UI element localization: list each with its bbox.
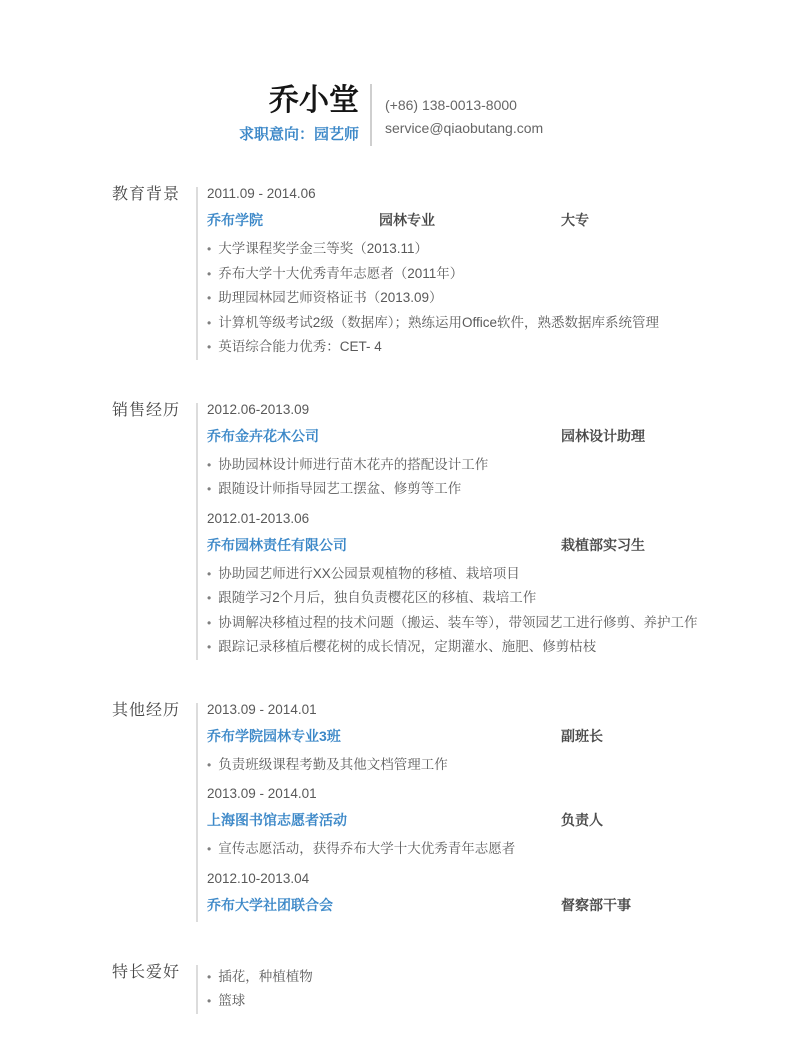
organization-name: 乔布大学社团联合会: [207, 898, 561, 913]
header-name-block: 乔小堂 求职意向：园艺师: [230, 84, 372, 146]
entry-dates: 2013.09 - 2014.01: [207, 787, 724, 801]
school-name: 乔布学院: [207, 213, 379, 228]
section-other-experience: 其他经历 2013.09 - 2014.01 乔布学院园林专业3班 副班长 负责…: [112, 703, 724, 922]
bullet-item: 跟随学习2个月后，独自负责樱花区的移植、栽培工作: [207, 586, 724, 611]
hobby-entry: 插花，种植植物 篮球: [207, 965, 724, 1014]
bullet-item: 计算机等级考试2级（数据库）；熟练运用Office软件，熟悉数据库系统管理: [207, 311, 724, 336]
section-body: 2011.09 - 2014.06 乔布学院 园林专业 大专 大学课程奖学金三等…: [196, 187, 724, 360]
section-education: 教育背景 2011.09 - 2014.06 乔布学院 园林专业 大专 大学课程…: [112, 187, 724, 360]
org-row: 乔布园林责任有限公司 栽植部实习生: [207, 538, 724, 553]
position-title: 负责人: [561, 813, 603, 828]
bullet-item: 协调解决移植过程的技术问题（搬运、装车等），带领园艺工进行修剪、养护工作: [207, 611, 724, 636]
company-name: 乔布金卉花木公司: [207, 429, 561, 444]
objective-value: 园艺师: [314, 126, 359, 143]
bullet-item: 跟随设计师指导园艺工摆盆、修剪等工作: [207, 477, 724, 502]
bullet-list: 协助园林设计师进行苗木花卉的搭配设计工作 跟随设计师指导园艺工摆盆、修剪等工作: [207, 453, 724, 502]
section-title: 教育背景: [112, 186, 196, 360]
experience-entry: 2013.09 - 2014.01 乔布学院园林专业3班 副班长 负责班级课程考…: [207, 703, 724, 778]
bullet-item: 插花，种植植物: [207, 965, 724, 990]
position-title: 督察部干事: [561, 898, 631, 913]
bullet-item: 负责班级课程考勤及其他文档管理工作: [207, 753, 724, 778]
header-contact-block: (+86) 138-0013-8000 service@qiaobutang.c…: [372, 84, 543, 146]
bullet-item: 大学课程奖学金三等奖（2013.11）: [207, 237, 724, 262]
bullet-item: 跟踪记录移植后樱花树的成长情况，定期灌水、施肥、修剪枯枝: [207, 635, 724, 660]
section-title: 特长爱好: [112, 964, 196, 1014]
bullet-item: 乔布大学十大优秀青年志愿者（2011年）: [207, 262, 724, 287]
position-title: 副班长: [561, 729, 603, 744]
experience-entry: 2012.10-2013.04 乔布大学社团联合会 督察部干事: [207, 872, 724, 913]
entry-dates: 2012.10-2013.04: [207, 872, 724, 886]
bullet-list: 大学课程奖学金三等奖（2013.11） 乔布大学十大优秀青年志愿者（2011年）…: [207, 237, 724, 360]
bullet-list: 负责班级课程考勤及其他文档管理工作: [207, 753, 724, 778]
organization-name: 乔布学院园林专业3班: [207, 729, 561, 744]
major-name: 园林专业: [379, 213, 561, 228]
section-sales-experience: 销售经历 2012.06-2013.09 乔布金卉花木公司 园林设计助理 协助园…: [112, 403, 724, 660]
section-body: 插花，种植植物 篮球: [196, 965, 724, 1014]
education-entry: 2011.09 - 2014.06 乔布学院 园林专业 大专 大学课程奖学金三等…: [207, 187, 724, 360]
org-row: 乔布学院园林专业3班 副班长: [207, 729, 724, 744]
job-objective: 求职意向：园艺师: [230, 124, 359, 146]
bullet-list: 插花，种植植物 篮球: [207, 965, 724, 1014]
section-title: 其他经历: [112, 702, 196, 922]
section-specialties-hobbies: 特长爱好 插花，种植植物 篮球: [112, 965, 724, 1014]
bullet-item: 英语综合能力优秀：CET- 4: [207, 335, 724, 360]
resume-page: 乔小堂 求职意向：园艺师 (+86) 138-0013-8000 service…: [0, 0, 794, 1062]
organization-name: 上海图书馆志愿者活动: [207, 813, 561, 828]
bullet-item: 篮球: [207, 989, 724, 1014]
experience-entry: 2012.01-2013.06 乔布园林责任有限公司 栽植部实习生 协助园艺师进…: [207, 512, 724, 660]
org-row: 乔布大学社团联合会 督察部干事: [207, 898, 724, 913]
email-address: service@qiaobutang.com: [385, 117, 543, 140]
entry-dates: 2013.09 - 2014.01: [207, 703, 724, 717]
entry-dates: 2012.06-2013.09: [207, 403, 724, 417]
bullet-item: 协助园林设计师进行苗木花卉的搭配设计工作: [207, 453, 724, 478]
job-title: 栽植部实习生: [561, 538, 645, 553]
section-body: 2013.09 - 2014.01 乔布学院园林专业3班 副班长 负责班级课程考…: [196, 703, 724, 922]
bullet-item: 助理园林园艺师资格证书（2013.09）: [207, 286, 724, 311]
company-name: 乔布园林责任有限公司: [207, 538, 561, 553]
experience-entry: 2012.06-2013.09 乔布金卉花木公司 园林设计助理 协助园林设计师进…: [207, 403, 724, 502]
bullet-list: 宣传志愿活动，获得乔布大学十大优秀青年志愿者: [207, 837, 724, 862]
degree-level: 大专: [561, 213, 589, 228]
entry-dates: 2012.01-2013.06: [207, 512, 724, 526]
org-row: 乔布学院 园林专业 大专: [207, 213, 724, 228]
bullet-item: 协助园艺师进行XX公园景观植物的移植、栽培项目: [207, 562, 724, 587]
objective-label: 求职意向：: [239, 126, 314, 143]
entry-dates: 2011.09 - 2014.06: [207, 187, 724, 201]
org-row: 乔布金卉花木公司 园林设计助理: [207, 429, 724, 444]
bullet-item: 宣传志愿活动，获得乔布大学十大优秀青年志愿者: [207, 837, 724, 862]
candidate-name: 乔小堂: [230, 84, 359, 118]
phone-number: (+86) 138-0013-8000: [385, 94, 543, 117]
resume-header: 乔小堂 求职意向：园艺师 (+86) 138-0013-8000 service…: [230, 84, 724, 146]
job-title: 园林设计助理: [561, 429, 645, 444]
section-title: 销售经历: [112, 402, 196, 660]
bullet-list: 协助园艺师进行XX公园景观植物的移植、栽培项目 跟随学习2个月后，独自负责樱花区…: [207, 562, 724, 660]
experience-entry: 2013.09 - 2014.01 上海图书馆志愿者活动 负责人 宣传志愿活动，…: [207, 787, 724, 862]
section-body: 2012.06-2013.09 乔布金卉花木公司 园林设计助理 协助园林设计师进…: [196, 403, 724, 660]
org-row: 上海图书馆志愿者活动 负责人: [207, 813, 724, 828]
